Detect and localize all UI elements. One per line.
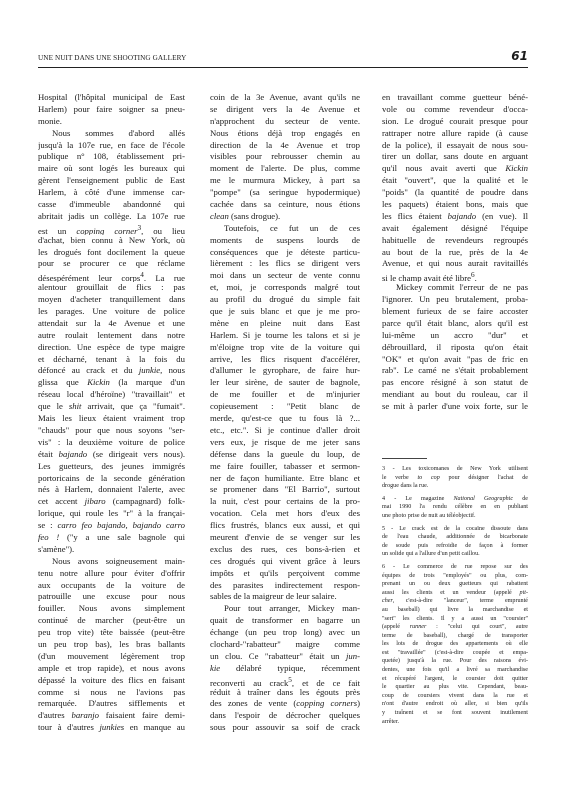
text-line: kie délabré typique, récemment — [210, 663, 360, 675]
text-line: visibles pour rebrousser chemin au — [210, 151, 360, 163]
text-line: Pour tout arranger, Mickey man- — [210, 603, 360, 615]
text-line: que le shit arrivait, que ça "fumait". — [38, 401, 185, 413]
text-line: quetée) jusqu'à la rue. Pour des raisons… — [382, 657, 528, 666]
text-line: ler leur sirène, de sauter de bagnole, — [210, 377, 360, 389]
header-rule — [38, 67, 528, 68]
page-header: UNE NUIT DANS UNE SHOOTING GALLERY 61 — [38, 51, 528, 65]
text-line: est un copping corner3, ou lieu — [38, 223, 185, 235]
text-line: sables de la maigreur de leur salaire. — [210, 591, 360, 603]
text-line: terme de baseball), chargé de transporte… — [382, 632, 528, 641]
text-line: en travaillant comme guetteur béné- — [382, 92, 528, 104]
text-line: des zones de vente (copping corners) — [210, 698, 360, 710]
text-line: Nous sommes d'abord allés — [38, 128, 185, 140]
text-line: d'allumer le gyrophare, de faire hur- — [210, 365, 360, 377]
text-line: mendiant au bout du rouleau, car il — [382, 389, 528, 401]
text-line: lièrement : les flics se dirigent vers — [210, 258, 360, 270]
text-line: les paquets) étaient bons, mais que — [382, 199, 528, 211]
text-line: pas encore résigné à son statut de — [382, 377, 528, 389]
text-line: tirer un dollar, sans doute en arguant — [382, 151, 528, 163]
text-line: un peu trop bas), les bras ballants — [38, 639, 185, 651]
text-line: publique n° 108, établissement pri- — [38, 151, 185, 163]
text-line: si le champ avait été libre6. — [382, 270, 528, 282]
text-line: moment de l'alerte. De plus, comme — [210, 163, 360, 175]
text-line: que je suis blanc et que je me pro- — [210, 306, 360, 318]
text-line: monie. — [38, 116, 185, 128]
text-line: se mit à parler d'une voix forte, sur le — [382, 401, 528, 413]
text-line: "pompe" (sa seringue hypodermique) — [210, 187, 360, 199]
text-line: 5 - Le crack est de la cocaïne dissoute … — [382, 525, 528, 534]
footnote-4: 4 - Le magazine National Geographic dema… — [382, 495, 528, 521]
text-line: peu trop vite) tête baissée (peut-être — [38, 627, 185, 639]
text-line: comme si nous ne l'avions pas — [38, 687, 185, 699]
text-line: était bajando (se dirigeait vers nous). — [38, 449, 185, 461]
text-line: y traînent et se font souvent inutilemen… — [382, 709, 528, 718]
text-line: lorique, qui roule les "r" à la françai- — [38, 508, 185, 520]
text-line: un solide qui a l'allure d'un petit cail… — [382, 550, 528, 559]
text-line: un clou. Ce "rabatteur" était un jun- — [210, 651, 360, 663]
text-line: drogue dans la rue. — [382, 482, 528, 491]
text-line: clean (sans drogue). — [210, 211, 360, 223]
text-line: débrouillard, il riposta qu'on était — [382, 342, 528, 354]
text-line: n'approchent du secteur de vente. — [210, 116, 360, 128]
text-line: Harlem, à côté d'une immense car- — [38, 187, 185, 199]
text-column-middle: coin de la 3e Avenue, avant qu'ils nese … — [210, 92, 360, 734]
text-line: tenu notre allure pour éviter d'offrir — [38, 568, 185, 580]
text-line: Nous étions déjà trop engagés en — [210, 128, 360, 140]
text-line: sous pour assouvir sa soif de crack — [210, 722, 360, 734]
text-line: de me fouiller et de m'injurier — [210, 389, 360, 401]
text-line: cher, c'est-à-dire "lanceur", terme empr… — [382, 597, 528, 606]
text-line: le verbe to cop pour désigner l'achat de — [382, 474, 528, 483]
text-line: et récupéré l'argent, le coursier doit q… — [382, 675, 528, 684]
text-line: jusqu'à la 107e rue, en face de l'école — [38, 140, 185, 152]
text-line: reconverti au crack5, et de ce fait — [210, 675, 360, 687]
text-line: gèrent l'enseignement public de East — [38, 175, 185, 187]
text-line: de la police), il essayait de nous sou- — [382, 140, 528, 152]
text-line: les lots de drogue des appartements où e… — [382, 640, 528, 649]
text-line: direction. Une espèce de type maigre — [38, 342, 185, 354]
text-line: vocation. Cela met hors d'eux des — [210, 508, 360, 520]
text-line: moi dans un secteur de vente connu — [210, 270, 360, 282]
text-line: était "ouvert", que la qualité et le — [382, 175, 528, 187]
text-line: remarquée. D'autres sifflements et — [38, 698, 185, 710]
text-line: feo ! ("y a une sale bagnole qui — [38, 532, 185, 544]
text-line: 3 - Les toxicomanes de New York utilisen… — [382, 465, 528, 474]
text-line: d'achat, bien connu à New York, où — [38, 235, 185, 247]
text-line: 4 - Le magazine National Geographic de — [382, 495, 528, 504]
text-line: parce qu'il était blanc, alors qu'il est — [382, 318, 528, 330]
text-line: flics frustrés, blancs eux aussi, et qui — [210, 520, 360, 532]
text-line: moments de suspens lourds de — [210, 235, 360, 247]
text-line: quait de transformer en bagarre un — [210, 615, 360, 627]
text-line: avait également désigné l'équipe — [382, 223, 528, 235]
footnote-3: 3 - Les toxicomanes de New York utilisen… — [382, 465, 528, 491]
text-line: exclus des rues, ces bons-à-rien et — [210, 544, 360, 556]
footnote-6: 6 - Le commerce de rue repose sur deséqu… — [382, 563, 528, 726]
text-line: rattraper notre allure rapide (à cause — [382, 128, 528, 140]
text-line: n'ont d'autre endroit où aller, si bien … — [382, 700, 528, 709]
text-line: lui-même un accro "dur" et — [382, 330, 528, 342]
text-line: Les guetteurs, des jeunes immigrés — [38, 461, 185, 473]
text-line: les flics étaient bajando (en vue). Il — [382, 211, 528, 223]
text-line: casse d'immeuble abandonné qui — [38, 199, 185, 211]
text-line: équipes de trois "employés" ou plus, com… — [382, 572, 528, 581]
text-line: Nous avons soigneusement main- — [38, 556, 185, 568]
text-line: dépassé la voiture des flics en faisant — [38, 675, 185, 687]
text-line: Harlem) pour faire soigner sa pneu- — [38, 104, 185, 116]
text-line: continué de marcher (peut-être un — [38, 615, 185, 627]
text-line: l'ignorer. Un peu brutalement, proba- — [382, 294, 528, 306]
text-line: réduit à traîner dans les égouts près — [210, 687, 360, 699]
text-line: pour se procurer ce que réclame — [38, 258, 185, 270]
text-line: s'amène"). — [38, 544, 185, 556]
text-line: impôts et qu'ils perçoivent comme — [210, 568, 360, 580]
text-line: cachée dans sa ceinture, nous étions — [210, 199, 360, 211]
text-line: au baseball) qui livre la marchandise et — [382, 606, 528, 615]
text-line: Mickey commit l'erreur de ne pas — [382, 282, 528, 294]
text-line: au profil du drogué du simple fait — [210, 294, 360, 306]
text-line: coup de coursiers vivent dans la rue et — [382, 692, 528, 701]
text-line: de l'eau chaude, additionnée de bicarbon… — [382, 533, 528, 542]
text-line: Avenue, et qui nous aurait ravitaillés — [382, 258, 528, 270]
footnote-rule — [382, 458, 427, 459]
text-line: "chauds" pour que nous soyons "ser- — [38, 425, 185, 437]
text-line: se promener dans "El Barrio", surtout — [210, 484, 360, 496]
text-line: glissa que Kickin (la marque d'un — [38, 377, 185, 389]
text-line: vers eux, je risque de me jeter sans — [210, 437, 360, 449]
text-line: vole ou comme revendeur d'occa- — [382, 104, 528, 116]
text-line: défense dans la gueule du loup, de — [210, 449, 360, 461]
text-line: une photo prise de nuit au téléobjectif. — [382, 512, 528, 521]
text-line: se : carro feo bajando, bajando carro — [38, 520, 185, 532]
text-line: des parasites indirectement respon- — [210, 580, 360, 592]
text-line: tour à d'autres junkies en manque au — [38, 722, 185, 734]
text-line: cet accent jibaro (campagnard) folk- — [38, 496, 185, 508]
text-line: vis" : la deuxième voiture de police — [38, 437, 185, 449]
text-line: Mais les lieux étaient vraiment trop — [38, 413, 185, 425]
text-line: coin de la 3e Avenue, avant qu'ils ne — [210, 92, 360, 104]
text-line: rab". Le camé ne s'était probablement — [382, 365, 528, 377]
text-line: Hospital (l'hôpital municipal de East — [38, 92, 185, 104]
text-line: Harlem. Si je tourne les talons et si je — [210, 330, 360, 342]
text-line: "sert" les clients. Il y a aussi un "cou… — [382, 615, 528, 624]
text-line: aux occupants de la voiture de — [38, 580, 185, 592]
text-line: me faire fouiller, tabasser et sermon- — [210, 461, 360, 473]
text-line: conséquences que je déteste particu- — [210, 247, 360, 259]
text-column-right: en travaillant comme guetteur béné-vole … — [382, 92, 528, 413]
text-line: maire où sont logés les bureaux qui — [38, 163, 185, 175]
text-line: blement furieux de se faire accoster — [382, 306, 528, 318]
text-line: arrive, les flics risquent d'accélérer, — [210, 354, 360, 366]
text-line: arrêter. — [382, 718, 528, 727]
text-line: direction de la 4e Avenue et trop — [210, 140, 360, 152]
text-line: et décharné, tenant à la fois du — [38, 354, 185, 366]
text-line: ner de façon humiliante. Etre blanc et — [210, 473, 360, 485]
text-line: de soude puis refroidie de façon à forme… — [382, 542, 528, 551]
text-line: ample et trop rapide), et nous avons — [38, 663, 185, 675]
text-column-left: Hospital (l'hôpital municipal de EastHar… — [38, 92, 185, 734]
text-line: patrouille une excuse pour nous — [38, 591, 185, 603]
text-line: et, moi, je corresponds malgré tout — [210, 282, 360, 294]
text-line: fouiller. Nous avons simplement — [38, 603, 185, 615]
text-line: autre roulait lentement dans notre — [38, 330, 185, 342]
text-line: qu'il nous avait averti que Kickin — [382, 163, 528, 175]
text-line: meurent d'envie de se venger sur les — [210, 532, 360, 544]
text-line: la nuit, c'est pour certains de la pro- — [210, 496, 360, 508]
text-line: Toutefois, ce fut un de ces — [210, 223, 360, 235]
text-line: au bout de la rue, près de la 4e — [382, 247, 528, 259]
text-line: désespérément leur corps4. La rue — [38, 270, 185, 282]
text-line: ces drogués qui vivent grâce à leurs — [210, 556, 360, 568]
footnotes: 3 - Les toxicomanes de New York utilisen… — [382, 465, 528, 730]
text-line: etc., etc.". Si je continue d'aller droi… — [210, 425, 360, 437]
text-line: m'éloigne trop vite de la voiture qui — [210, 342, 360, 354]
text-line: sion. Le drogué courait presque pour — [382, 116, 528, 128]
text-line: les parages. Une voiture de police — [38, 306, 185, 318]
text-line: aussi les clients et un vendeur (appelé … — [382, 589, 528, 598]
page-number: 61 — [511, 49, 528, 63]
text-line: mène en pleine nuit dans East — [210, 318, 360, 330]
text-line: est "travaillée" (c'est-à-dire coupée et… — [382, 649, 528, 658]
text-line: abritait jadis un collège. La 107e rue — [38, 211, 185, 223]
text-line: alentour grouillait de flics : pas — [38, 282, 185, 294]
footnote-5: 5 - Le crack est de la cocaïne dissoute … — [382, 525, 528, 559]
text-line: habituelle de revendeurs regroupés — [382, 235, 528, 247]
text-line: échange (un peu trop long) avec un — [210, 627, 360, 639]
text-line: (d'un mouvement légèrement trop — [38, 651, 185, 663]
text-line: clochard-"rabatteur" maigre comme — [210, 639, 360, 651]
text-line: défoncé au crack et du junkie, nous — [38, 365, 185, 377]
text-line: dentes, une fois qu'il a livré sa marcha… — [382, 666, 528, 675]
running-title: UNE NUIT DANS UNE SHOOTING GALLERY — [38, 54, 186, 62]
text-line: prenant un ou deux guetteurs qui rabatte… — [382, 580, 528, 589]
text-line: d'autres baranjo faisaient faire demi- — [38, 710, 185, 722]
text-line: merde, qu'est-ce que tu fous là ?... — [210, 413, 360, 425]
text-line: mai 1990 l'a rendu célèbre en en publian… — [382, 503, 528, 512]
text-line: le quartier au plus vite. Cependant, bea… — [382, 683, 528, 692]
text-line: se dirigent vers la 4e Avenue et — [210, 104, 360, 116]
text-line: attendait sur la 4e Avenue et une — [38, 318, 185, 330]
text-line: portoricains de la seconde génération — [38, 473, 185, 485]
text-line: nés à Harlem, donnaient l'alerte, avec — [38, 484, 185, 496]
text-line: (appelé runner : "celui qui court", autr… — [382, 623, 528, 632]
text-line: réseau local d'héroïne) "travaillait" et — [38, 389, 185, 401]
text-line: dans l'espoir de décrocher quelques — [210, 710, 360, 722]
text-line: "OK" et qu'on avait "pas de fric en — [382, 354, 528, 366]
text-line: copieusement : "Petit blanc de — [210, 401, 360, 413]
text-line: moyen d'acheter tranquillement dans — [38, 294, 185, 306]
text-line: me le murmura Mickey, à part sa — [210, 175, 360, 187]
text-line: les drogués font docilement la queue — [38, 247, 185, 259]
text-line: 6 - Le commerce de rue repose sur des — [382, 563, 528, 572]
text-line: "poids" (la quantité de poudre dans — [382, 187, 528, 199]
